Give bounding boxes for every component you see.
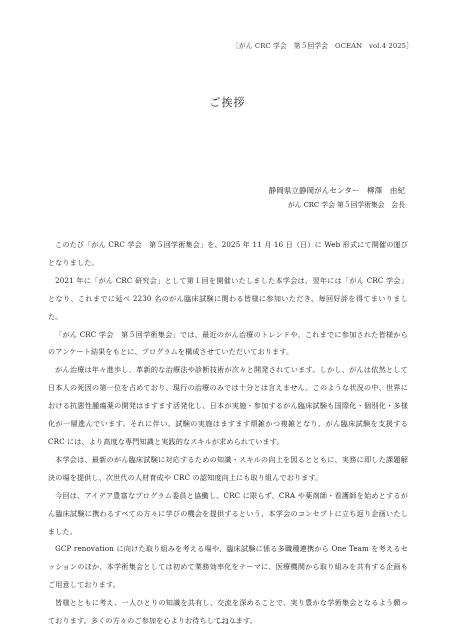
signature-block: 静岡県立静岡がんセンター 柳澤 由紀 がん CRC 学会 第５回学術集会 会長 xyxy=(269,183,405,212)
author-affiliation-name: 静岡県立静岡がんセンター 柳澤 由紀 xyxy=(269,183,405,198)
paragraph: GCP renovation に向けた取り組みを考える場や、臨床試験に係る多職種… xyxy=(48,540,408,594)
paragraph: 本学会は、最新のがん臨床試験に対応するための知識・スキルの向上を図るとともに、実… xyxy=(48,451,408,487)
paragraph: がん治療は年々進歩し、革新的な治療法や診断技術が次々と開発されています。しかし、… xyxy=(48,361,408,451)
paragraph: 「がん CRC 学会 第５回学術集会」では、最近のがん治療のトレンドや、これまで… xyxy=(48,326,408,362)
author-role: がん CRC 学会 第５回学術集会 会長 xyxy=(269,198,405,212)
page-title: ご挨拶 xyxy=(0,94,455,110)
running-header: ［がん CRC 学会 第５回学会 OCEAN vol.4 2025］ xyxy=(232,40,413,50)
paragraph: 2021 年に「がん CRC 研究会」として第１回を開催いたしました本学会は、翌… xyxy=(48,272,408,326)
body-text: このたび「がん CRC 学会 第５回学術集会」を、2025 年 11 月 16 … xyxy=(48,236,408,630)
page-number: —１— xyxy=(0,617,455,627)
paragraph: 今回は、アイデア豊富なプログラム委員と協働し、CRC に限らず、CRA や薬剤師… xyxy=(48,487,408,541)
paragraph: このたび「がん CRC 学会 第５回学術集会」を、2025 年 11 月 16 … xyxy=(48,236,408,272)
